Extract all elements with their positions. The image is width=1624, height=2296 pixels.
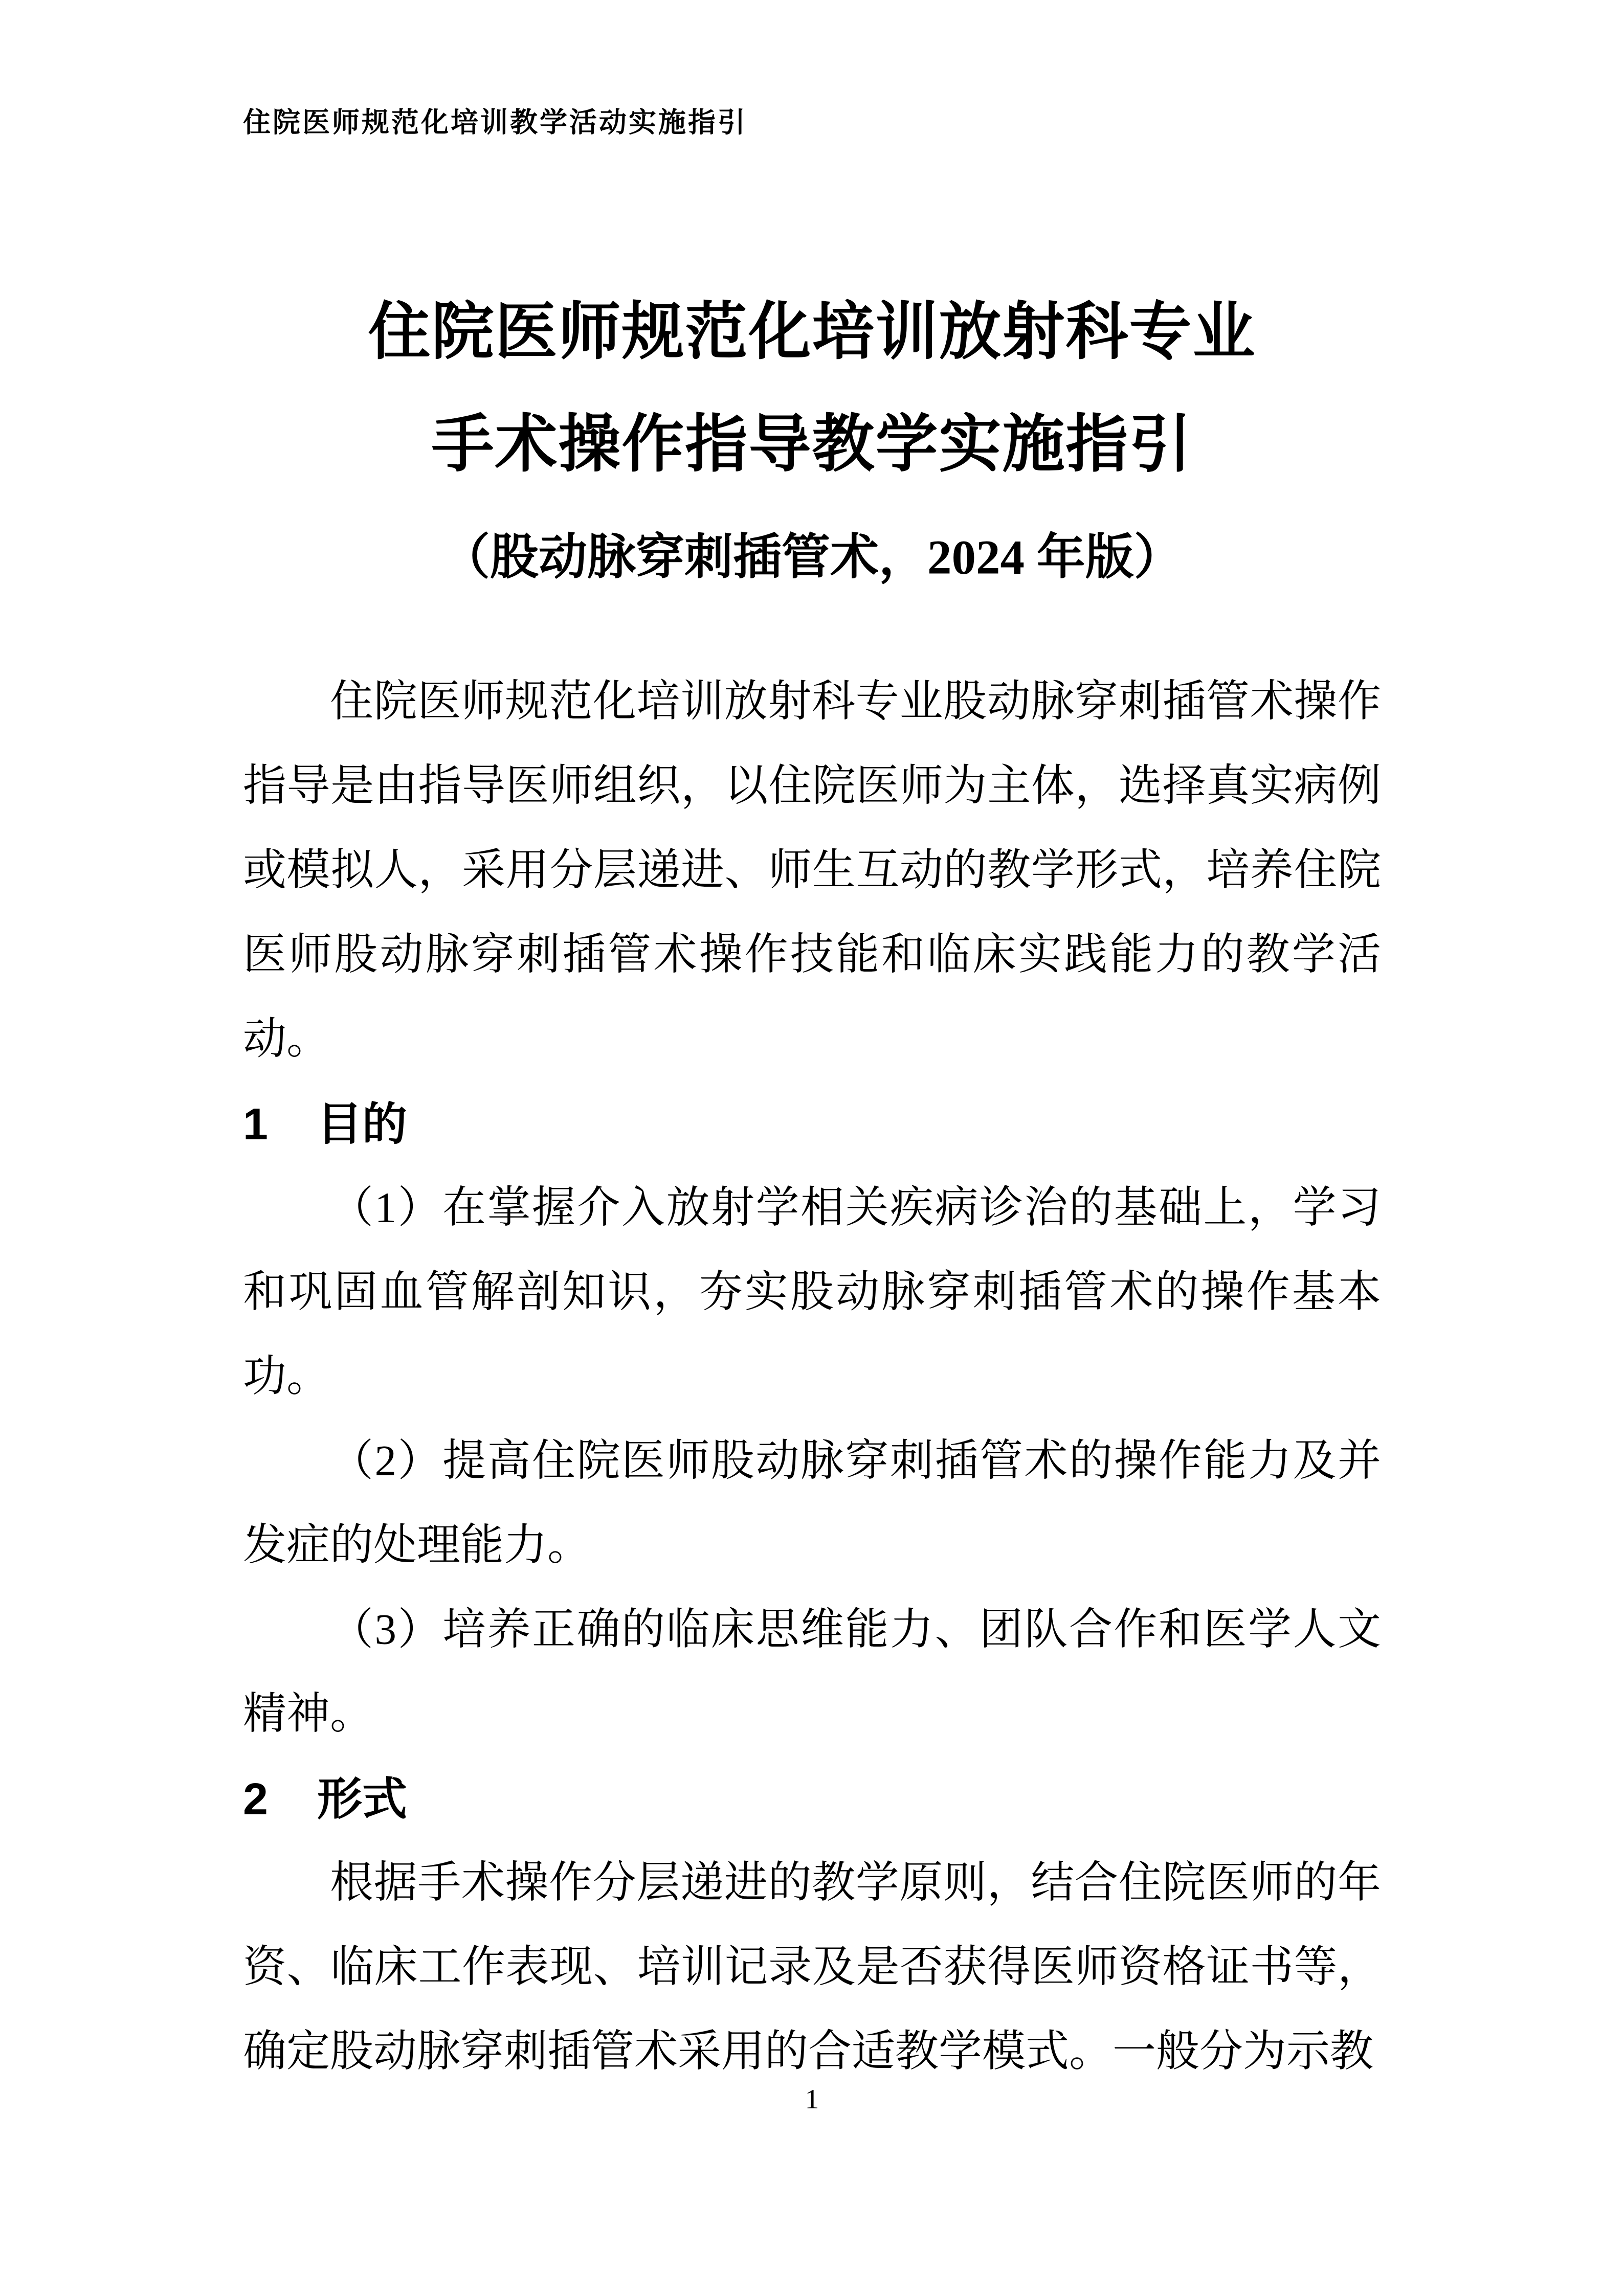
section-1-paragraph-1: （1）在掌握介入放射学相关疾病诊治的基础上，学习和巩固血管解剖知识，夯实股动脉穿… [243, 1166, 1381, 1419]
section-heading-2: 2形式 [243, 1757, 1381, 1841]
section-2-paragraph-1: 根据手术操作分层递进的教学原则，结合住院医师的年资、临床工作表现、培训记录及是否… [243, 1841, 1381, 2094]
section-1-paragraph-2: （2）提高住院医师股动脉穿刺插管术的操作能力及并发症的处理能力。 [243, 1419, 1381, 1588]
page-number: 1 [0, 2081, 1624, 2117]
section-label: 目的 [317, 1082, 407, 1166]
document-subtitle: （股动脉穿刺插管术，2024 年版） [243, 501, 1381, 614]
intro-paragraph: 住院医师规范化培训放射科专业股动脉穿刺插管术操作指导是由指导医师组织，以住院医师… [243, 660, 1381, 1082]
section-label: 形式 [317, 1757, 407, 1841]
document-title-line-1: 住院医师规范化培训放射科专业 [243, 276, 1381, 389]
section-number: 2 [243, 1757, 274, 1841]
document-body: 住院医师规范化培训放射科专业股动脉穿刺插管术操作指导是由指导医师组织，以住院医师… [243, 660, 1381, 2094]
section-heading-1: 1目的 [243, 1082, 1381, 1166]
running-header: 住院医师规范化培训教学活动实施指引 [243, 105, 1381, 141]
title-block: 住院医师规范化培训放射科专业 手术操作指导教学实施指引 （股动脉穿刺插管术，20… [243, 276, 1381, 614]
section-number: 1 [243, 1082, 274, 1166]
document-page: 住院医师规范化培训教学活动实施指引 住院医师规范化培训放射科专业 手术操作指导教… [0, 0, 1624, 2296]
section-1-paragraph-3: （3）培养正确的临床思维能力、团队合作和医学人文精神。 [243, 1588, 1381, 1757]
document-title-line-2: 手术操作指导教学实施指引 [243, 389, 1381, 501]
